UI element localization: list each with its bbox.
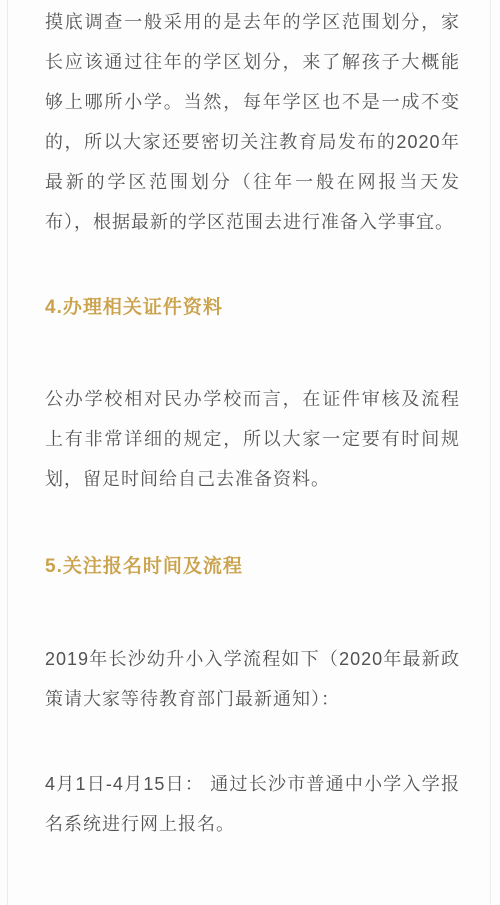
paragraph-school-district-survey: 摸底调查一般采用的是去年的学区范围划分，家长应该通过往年的学区划分，来了解孩子大… xyxy=(45,2,460,242)
article-body: 摸底调查一般采用的是去年的学区范围划分，家长应该通过往年的学区划分，来了解孩子大… xyxy=(0,2,500,844)
paragraph-registration-dates: 4月1日-4月15日： 通过长沙市普通中小学入学报名系统进行网上报名。 xyxy=(45,764,460,844)
section-heading-4-certificates: 4.办理相关证件资料 xyxy=(45,288,460,328)
paragraph-enrollment-process-intro: 2019年长沙幼升小入学流程如下（2020年最新政策请大家等待教育部门最新通知）… xyxy=(45,639,460,719)
article-page: 摸底调查一般采用的是去年的学区范围划分，家长应该通过往年的学区划分，来了解孩子大… xyxy=(0,2,500,844)
section-heading-5-registration-time: 5.关注报名时间及流程 xyxy=(45,547,460,587)
paragraph-public-school-documents: 公办学校相对民办学校而言，在证件审核及流程上有非常详细的规定，所以大家一定要有时… xyxy=(45,379,460,499)
